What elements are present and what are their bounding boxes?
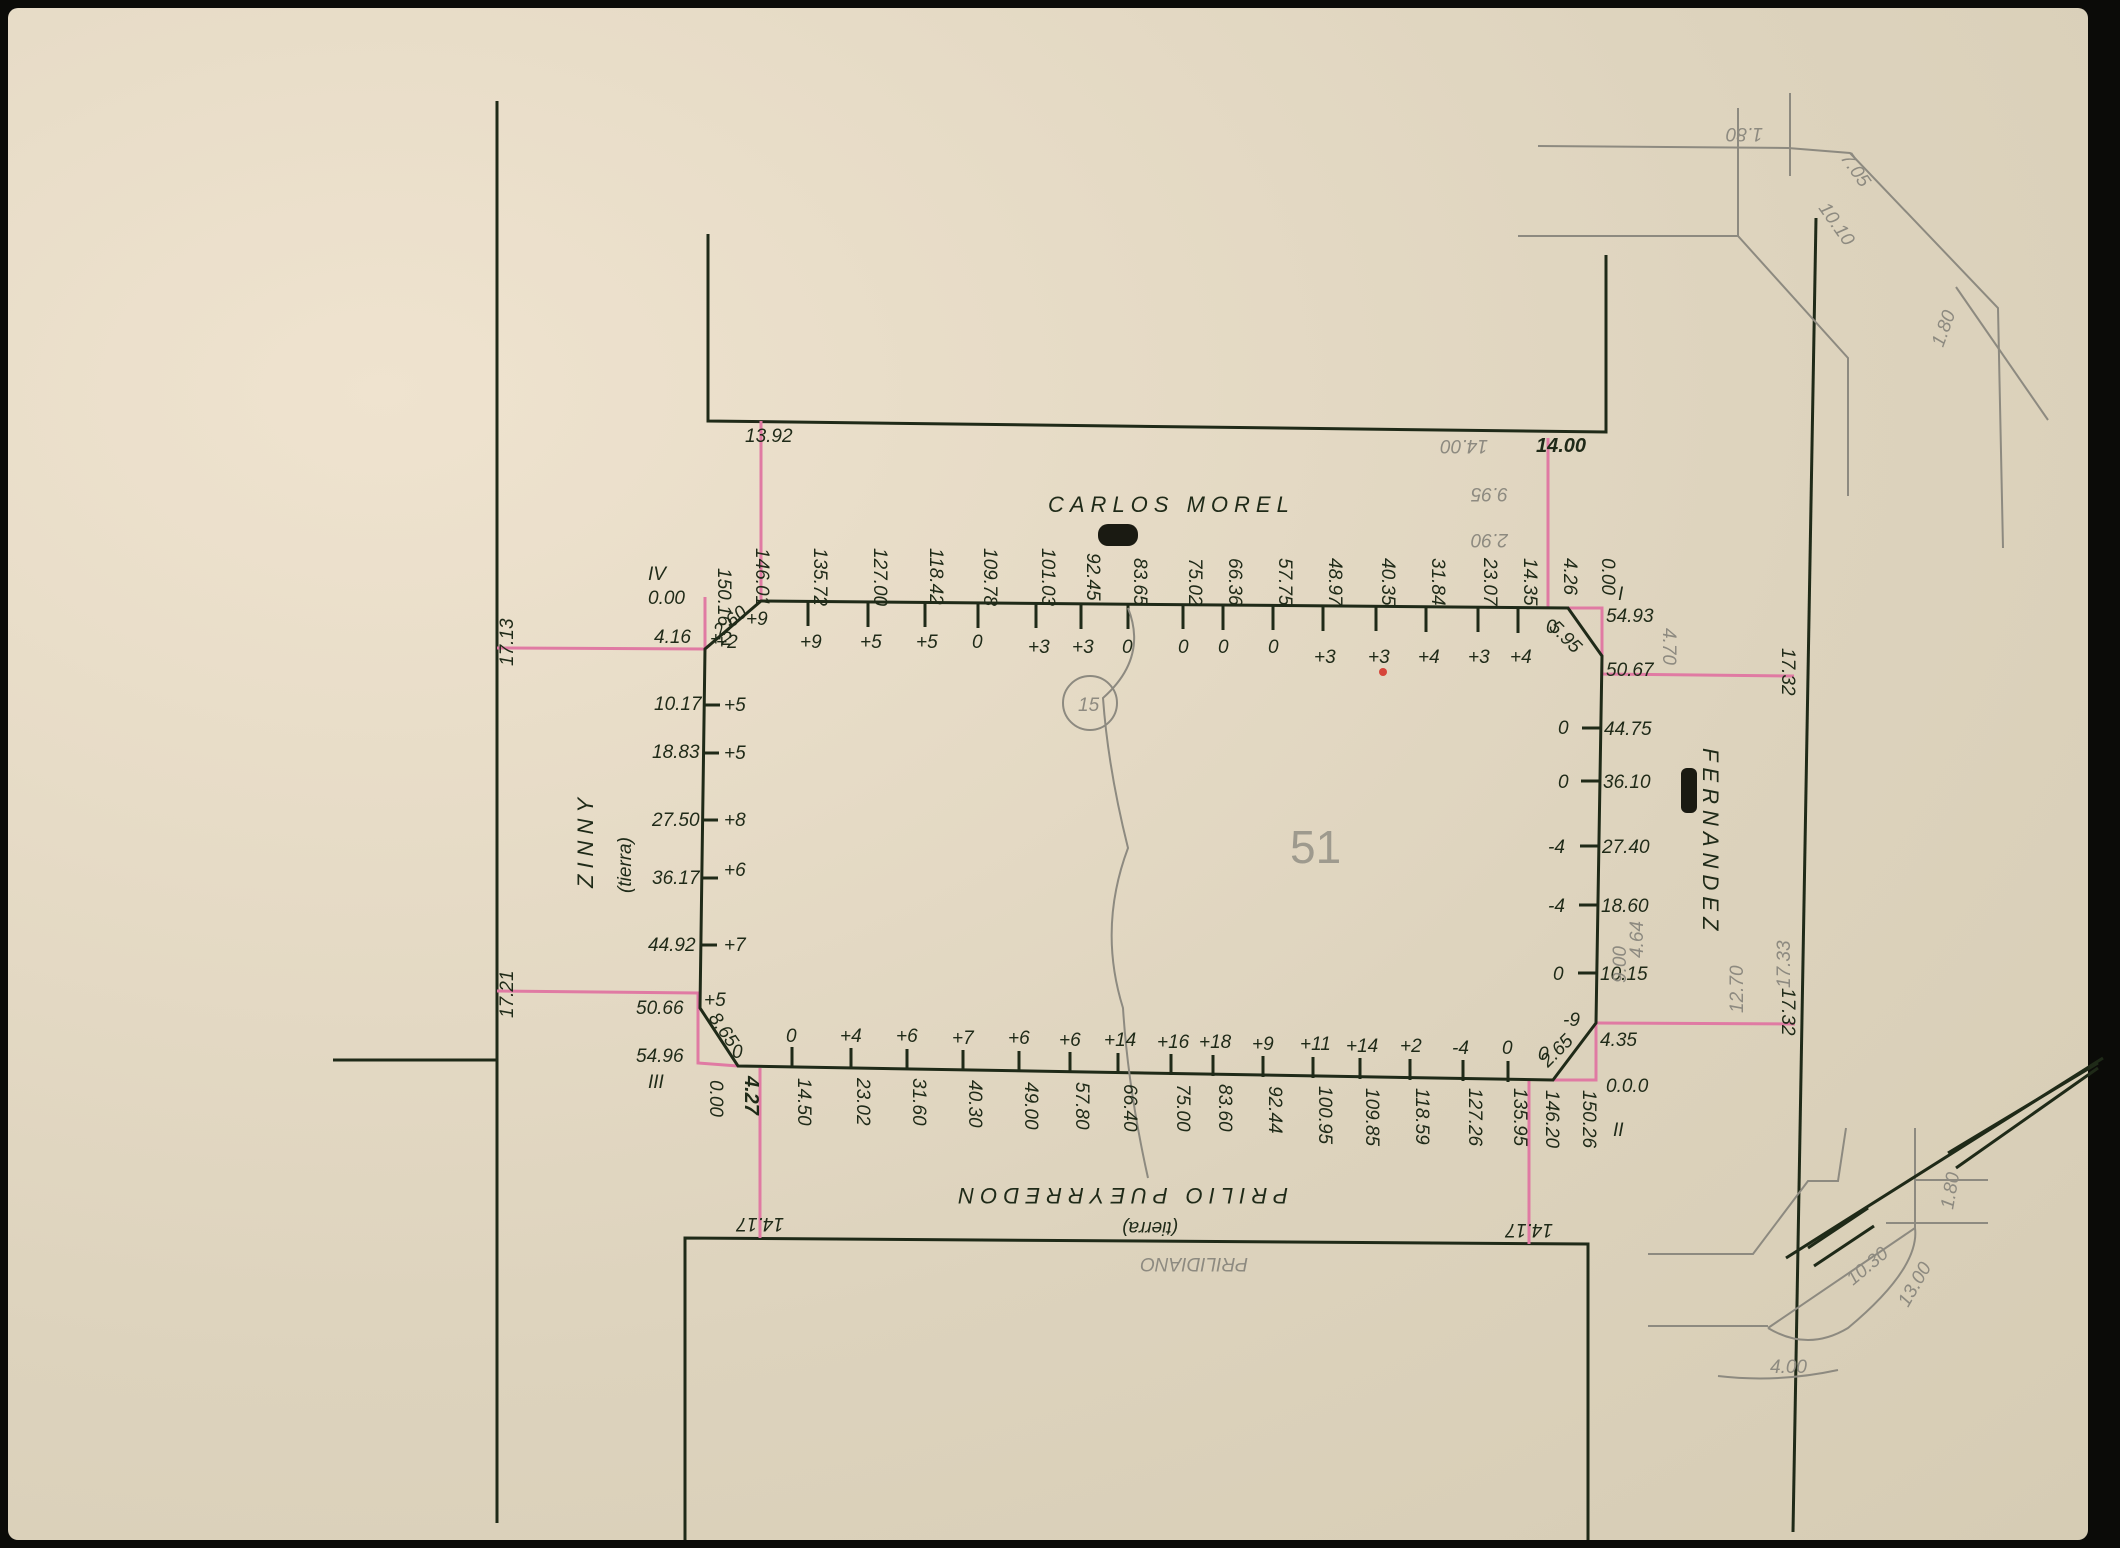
svg-text:-4: -4 bbox=[1548, 896, 1565, 917]
street-west-note: (tierra) bbox=[615, 837, 636, 893]
svg-text:100.95: 100.95 bbox=[1314, 1086, 1335, 1145]
svg-text:50.67: 50.67 bbox=[1606, 660, 1655, 681]
north-offset-labels: +2 +9 +9 +5 +5 0 +3 +3 0 0 0 0 +3 +3 +4 … bbox=[716, 609, 1557, 668]
svg-text:57.80: 57.80 bbox=[1071, 1082, 1092, 1130]
svg-text:14.50: 14.50 bbox=[793, 1078, 814, 1126]
east-offset-labels: 0 0 -4 -4 0 -9 bbox=[1548, 718, 1580, 1031]
svg-text:17.32: 17.32 bbox=[1777, 988, 1798, 1036]
svg-text:IV: IV bbox=[648, 564, 668, 585]
side-ticks bbox=[701, 705, 1600, 973]
street-east-name: FERNANDEZ bbox=[1698, 748, 1723, 936]
svg-text:135.95: 135.95 bbox=[1509, 1088, 1530, 1147]
svg-text:31.60: 31.60 bbox=[908, 1078, 929, 1126]
svg-text:10.30: 10.30 bbox=[1843, 1243, 1893, 1290]
svg-text:75.02: 75.02 bbox=[1184, 558, 1205, 606]
street-south-pencil: PRILIDIANO bbox=[1140, 1253, 1248, 1274]
svg-text:0.00: 0.00 bbox=[705, 1080, 726, 1117]
svg-text:17.32: 17.32 bbox=[1777, 648, 1798, 696]
svg-text:4.35: 4.35 bbox=[1600, 1030, 1637, 1051]
svg-text:+14: +14 bbox=[1346, 1036, 1378, 1057]
svg-text:10.10: 10.10 bbox=[1814, 199, 1859, 250]
svg-text:54.93: 54.93 bbox=[1606, 606, 1654, 627]
svg-text:+8: +8 bbox=[724, 810, 746, 831]
svg-text:4.16: 4.16 bbox=[654, 627, 691, 648]
svg-text:+4: +4 bbox=[1510, 647, 1532, 668]
svg-text:66.40: 66.40 bbox=[1119, 1084, 1140, 1132]
svg-text:I: I bbox=[1618, 584, 1624, 605]
svg-text:+9: +9 bbox=[1252, 1034, 1274, 1055]
svg-text:18.83: 18.83 bbox=[652, 742, 700, 763]
svg-text:2.90: 2.90 bbox=[1471, 529, 1509, 550]
svg-text:+5: +5 bbox=[724, 695, 746, 716]
redaction-north bbox=[1098, 524, 1138, 546]
svg-text:0: 0 bbox=[1502, 1038, 1513, 1059]
north-station-labels: 150.16 146.01 135.72 127.00 118.42 109.7… bbox=[713, 548, 1618, 627]
svg-text:14.00: 14.00 bbox=[1440, 435, 1488, 456]
svg-text:40.30: 40.30 bbox=[964, 1080, 985, 1128]
svg-text:36.10: 36.10 bbox=[1603, 772, 1651, 793]
svg-text:-4: -4 bbox=[1452, 1038, 1469, 1059]
block-number: 51 bbox=[1290, 821, 1341, 873]
svg-text:+4: +4 bbox=[1418, 647, 1440, 668]
svg-text:127.00: 127.00 bbox=[869, 548, 890, 607]
svg-text:14.17: 14.17 bbox=[1504, 1219, 1553, 1240]
svg-text:36.17: 36.17 bbox=[652, 868, 701, 889]
svg-text:48.97: 48.97 bbox=[1324, 558, 1345, 607]
svg-text:+6: +6 bbox=[896, 1026, 918, 1047]
svg-text:II: II bbox=[1613, 1120, 1624, 1141]
svg-text:+16: +16 bbox=[1157, 1032, 1190, 1053]
svg-text:0: 0 bbox=[1553, 964, 1564, 985]
svg-text:66.36: 66.36 bbox=[1224, 558, 1245, 606]
svg-text:+18: +18 bbox=[1199, 1032, 1232, 1053]
redaction-east bbox=[1681, 768, 1697, 813]
street-south-note: (tierra) bbox=[1122, 1217, 1178, 1238]
chamfer-labels: 5.95 2.65 8.65 2.60 bbox=[704, 602, 1586, 1073]
pencil-sketches bbox=[1518, 93, 2048, 1378]
svg-text:23.02: 23.02 bbox=[852, 1077, 873, 1126]
svg-text:17.33: 17.33 bbox=[1774, 940, 1795, 988]
svg-text:13.00: 13.00 bbox=[1894, 1258, 1936, 1310]
svg-text:+2: +2 bbox=[1400, 1036, 1422, 1057]
svg-text:1.80: 1.80 bbox=[1937, 1170, 1964, 1210]
svg-text:14.35: 14.35 bbox=[1519, 558, 1540, 606]
block-outline bbox=[700, 601, 1602, 1080]
west-station-labels: 0.00 4.16 10.17 18.83 27.50 36.17 44.92 … bbox=[636, 588, 703, 1067]
svg-text:0.0.0: 0.0.0 bbox=[1606, 1076, 1649, 1097]
south-station-labels: 0.00 4.27 14.50 23.02 31.60 40.30 49.00 … bbox=[705, 1075, 1599, 1149]
svg-text:+3: +3 bbox=[1072, 637, 1094, 658]
svg-text:0.00: 0.00 bbox=[648, 588, 685, 609]
svg-text:127.26: 127.26 bbox=[1464, 1088, 1485, 1147]
svg-text:+3: +3 bbox=[1028, 637, 1050, 658]
svg-text:14.00: 14.00 bbox=[1536, 435, 1586, 457]
street-north-name: CARLOS MOREL bbox=[1048, 492, 1295, 517]
svg-text:0: 0 bbox=[786, 1026, 797, 1047]
svg-text:101.03: 101.03 bbox=[1037, 548, 1058, 607]
svg-text:0: 0 bbox=[1178, 637, 1189, 658]
svg-text:146.01: 146.01 bbox=[751, 548, 772, 606]
svg-text:4.26: 4.26 bbox=[1559, 558, 1580, 595]
svg-text:4.00: 4.00 bbox=[1770, 1357, 1807, 1378]
svg-text:92.44: 92.44 bbox=[1264, 1086, 1285, 1134]
svg-text:10.17: 10.17 bbox=[654, 694, 703, 715]
svg-text:+6: +6 bbox=[724, 860, 746, 881]
svg-text:+9: +9 bbox=[800, 632, 822, 653]
svg-text:57.75: 57.75 bbox=[1274, 558, 1295, 606]
survey-sheet: 15 51 CARLOS MOREL FERNANDEZ ZINNY (tier… bbox=[8, 8, 2088, 1540]
svg-text:31.84: 31.84 bbox=[1427, 558, 1448, 606]
svg-text:27.50: 27.50 bbox=[651, 810, 700, 831]
street-width-labels: 13.92 14.00 14.00 17.13 17.21 14.17 14.1… bbox=[497, 426, 1798, 1240]
svg-text:17.21: 17.21 bbox=[497, 970, 518, 1018]
svg-text:109.85: 109.85 bbox=[1361, 1088, 1382, 1147]
south-offset-labels: 0 0 +4 +6 +7 +6 +6 +14 +16 +18 +9 +11 +1… bbox=[732, 1026, 1549, 1065]
svg-text:III: III bbox=[648, 1072, 665, 1093]
svg-text:+5: +5 bbox=[916, 632, 938, 653]
svg-text:44.92: 44.92 bbox=[648, 935, 696, 956]
svg-text:49.00: 49.00 bbox=[1020, 1082, 1041, 1130]
svg-text:+5: +5 bbox=[724, 743, 746, 764]
svg-text:83.65: 83.65 bbox=[1129, 558, 1150, 606]
circled-number: 15 bbox=[1078, 695, 1100, 716]
svg-text:18.60: 18.60 bbox=[1601, 896, 1649, 917]
svg-text:0: 0 bbox=[972, 632, 983, 653]
svg-text:17.13: 17.13 bbox=[497, 618, 518, 666]
street-west-name: ZINNY bbox=[573, 792, 598, 889]
svg-text:27.40: 27.40 bbox=[1601, 837, 1650, 858]
svg-text:+3: +3 bbox=[1314, 647, 1336, 668]
svg-text:54.96: 54.96 bbox=[636, 1046, 684, 1067]
svg-text:14.17: 14.17 bbox=[735, 1213, 784, 1234]
svg-text:+7: +7 bbox=[724, 935, 747, 956]
svg-text:-4: -4 bbox=[1548, 837, 1565, 858]
svg-text:7.05: 7.05 bbox=[1836, 149, 1875, 192]
svg-text:0: 0 bbox=[1218, 637, 1229, 658]
svg-text:0: 0 bbox=[1558, 718, 1569, 739]
svg-text:146.20: 146.20 bbox=[1541, 1090, 1562, 1149]
svg-text:0.00: 0.00 bbox=[1597, 558, 1618, 595]
svg-text:118.59: 118.59 bbox=[1411, 1088, 1432, 1145]
svg-text:+11: +11 bbox=[1300, 1034, 1331, 1055]
svg-text:40.35: 40.35 bbox=[1377, 558, 1398, 606]
svg-text:12.70: 12.70 bbox=[1727, 965, 1748, 1013]
svg-text:2.65: 2.65 bbox=[1536, 1030, 1578, 1072]
red-mark bbox=[1379, 668, 1387, 676]
svg-text:44.75: 44.75 bbox=[1604, 719, 1652, 740]
svg-text:+5: +5 bbox=[704, 990, 726, 1011]
svg-text:1.80: 1.80 bbox=[1928, 307, 1961, 349]
svg-text:4.27: 4.27 bbox=[740, 1075, 762, 1116]
svg-text:4.70: 4.70 bbox=[1658, 628, 1679, 665]
svg-text:0: 0 bbox=[1558, 772, 1569, 793]
svg-text:9.95: 9.95 bbox=[1471, 483, 1508, 504]
svg-text:-9: -9 bbox=[1563, 1010, 1580, 1031]
svg-text:92.45: 92.45 bbox=[1082, 553, 1103, 601]
svg-text:+6: +6 bbox=[1059, 1030, 1081, 1051]
pencil-sketch-ink bbox=[1786, 1058, 2103, 1266]
svg-text:+14: +14 bbox=[1104, 1030, 1136, 1051]
svg-text:+7: +7 bbox=[952, 1028, 975, 1049]
svg-text:150.26: 150.26 bbox=[1578, 1090, 1599, 1149]
svg-text:+4: +4 bbox=[840, 1026, 862, 1047]
svg-text:83.60: 83.60 bbox=[1214, 1084, 1235, 1132]
svg-text:0: 0 bbox=[1268, 637, 1279, 658]
svg-text:+5: +5 bbox=[860, 632, 882, 653]
street-south-name: PRILIO PUEYRREDON bbox=[953, 1183, 1289, 1208]
street-lines bbox=[333, 101, 1816, 1540]
svg-text:13.92: 13.92 bbox=[745, 426, 793, 447]
svg-text:135.72: 135.72 bbox=[809, 548, 830, 607]
svg-text:1.80: 1.80 bbox=[1726, 123, 1763, 144]
svg-text:118.42: 118.42 bbox=[925, 548, 946, 605]
svg-text:9.00: 9.00 bbox=[1610, 946, 1631, 983]
svg-text:23.07: 23.07 bbox=[1479, 557, 1500, 607]
svg-text:50.66: 50.66 bbox=[636, 998, 684, 1019]
svg-text:+6: +6 bbox=[1008, 1028, 1030, 1049]
svg-text:+3: +3 bbox=[1468, 647, 1490, 668]
svg-text:109.78: 109.78 bbox=[979, 548, 1000, 607]
svg-text:75.00: 75.00 bbox=[1172, 1084, 1193, 1132]
svg-text:+3: +3 bbox=[1368, 647, 1390, 668]
svg-text:0: 0 bbox=[1122, 637, 1133, 658]
survey-plan: 15 51 CARLOS MOREL FERNANDEZ ZINNY (tier… bbox=[8, 8, 2120, 1548]
